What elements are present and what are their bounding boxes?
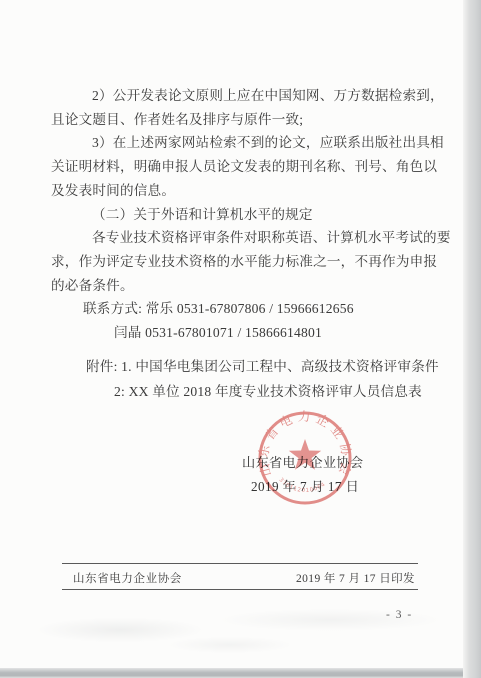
footer-divider-top	[62, 563, 418, 564]
svg-text:370112010064: 370112010064	[278, 477, 327, 494]
attachment-line: 附件: 1. 中国华电集团公司工程中、高级技术资格评审条件	[51, 355, 451, 380]
contact-line: 联系方式: 常乐 0531-67807806 / 15966612656	[51, 297, 441, 321]
seal-star	[289, 439, 321, 470]
document-body: 2）公开发表论文原则上应在中国知网、万方数据检索到， 且论文题目、作者姓名及排序…	[51, 84, 441, 345]
body-line: 且论文题目、作者姓名及排序与原件一致;	[51, 108, 441, 132]
page-number: - 3 -	[386, 609, 413, 621]
body-line: 关证明材料，明确申报人员论文发表的期刊名称、刊号、角色以	[51, 155, 441, 179]
footer-print-date: 2019 年 7 月 17 日印发	[296, 570, 415, 586]
body-line: 各专业技术资格评审条件对职称英语、计算机水平考试的要	[51, 226, 441, 250]
attachment-line: 2: XX 单位 2018 年度专业技术资格评审人员信息表	[51, 380, 451, 405]
scan-edge-right	[463, 0, 481, 678]
scanned-document-page: 2）公开发表论文原则上应在中国知网、万方数据检索到， 且论文题目、作者姓名及排序…	[0, 0, 481, 678]
seal-code: 370112010064	[278, 477, 327, 494]
body-line: 3）在上述两家网站检索不到的论文，应联系出版社出具相	[51, 131, 441, 155]
body-line: 的必备条件。	[51, 274, 441, 298]
footer-divider-bottom	[62, 589, 418, 590]
attachments-block: 附件: 1. 中国华电集团公司工程中、高级技术资格评审条件 2: XX 单位 2…	[51, 355, 451, 404]
official-seal: 山东省电力企业协会 370112010064	[249, 402, 361, 514]
section-heading: （二）关于外语和计算机水平的规定	[51, 203, 441, 227]
body-line: 求，作为评定专业技术资格的水平能力标准之一，不再作为申报	[51, 250, 441, 274]
scan-edge-bottom	[0, 668, 463, 678]
body-line: 及发表时间的信息。	[51, 179, 441, 203]
footer-issuer: 山东省电力企业协会	[73, 570, 182, 586]
contact-line: 闫晶 0531-67801071 / 15866614801	[51, 321, 441, 345]
body-line: 2）公开发表论文原则上应在中国知网、万方数据检索到，	[51, 84, 441, 108]
